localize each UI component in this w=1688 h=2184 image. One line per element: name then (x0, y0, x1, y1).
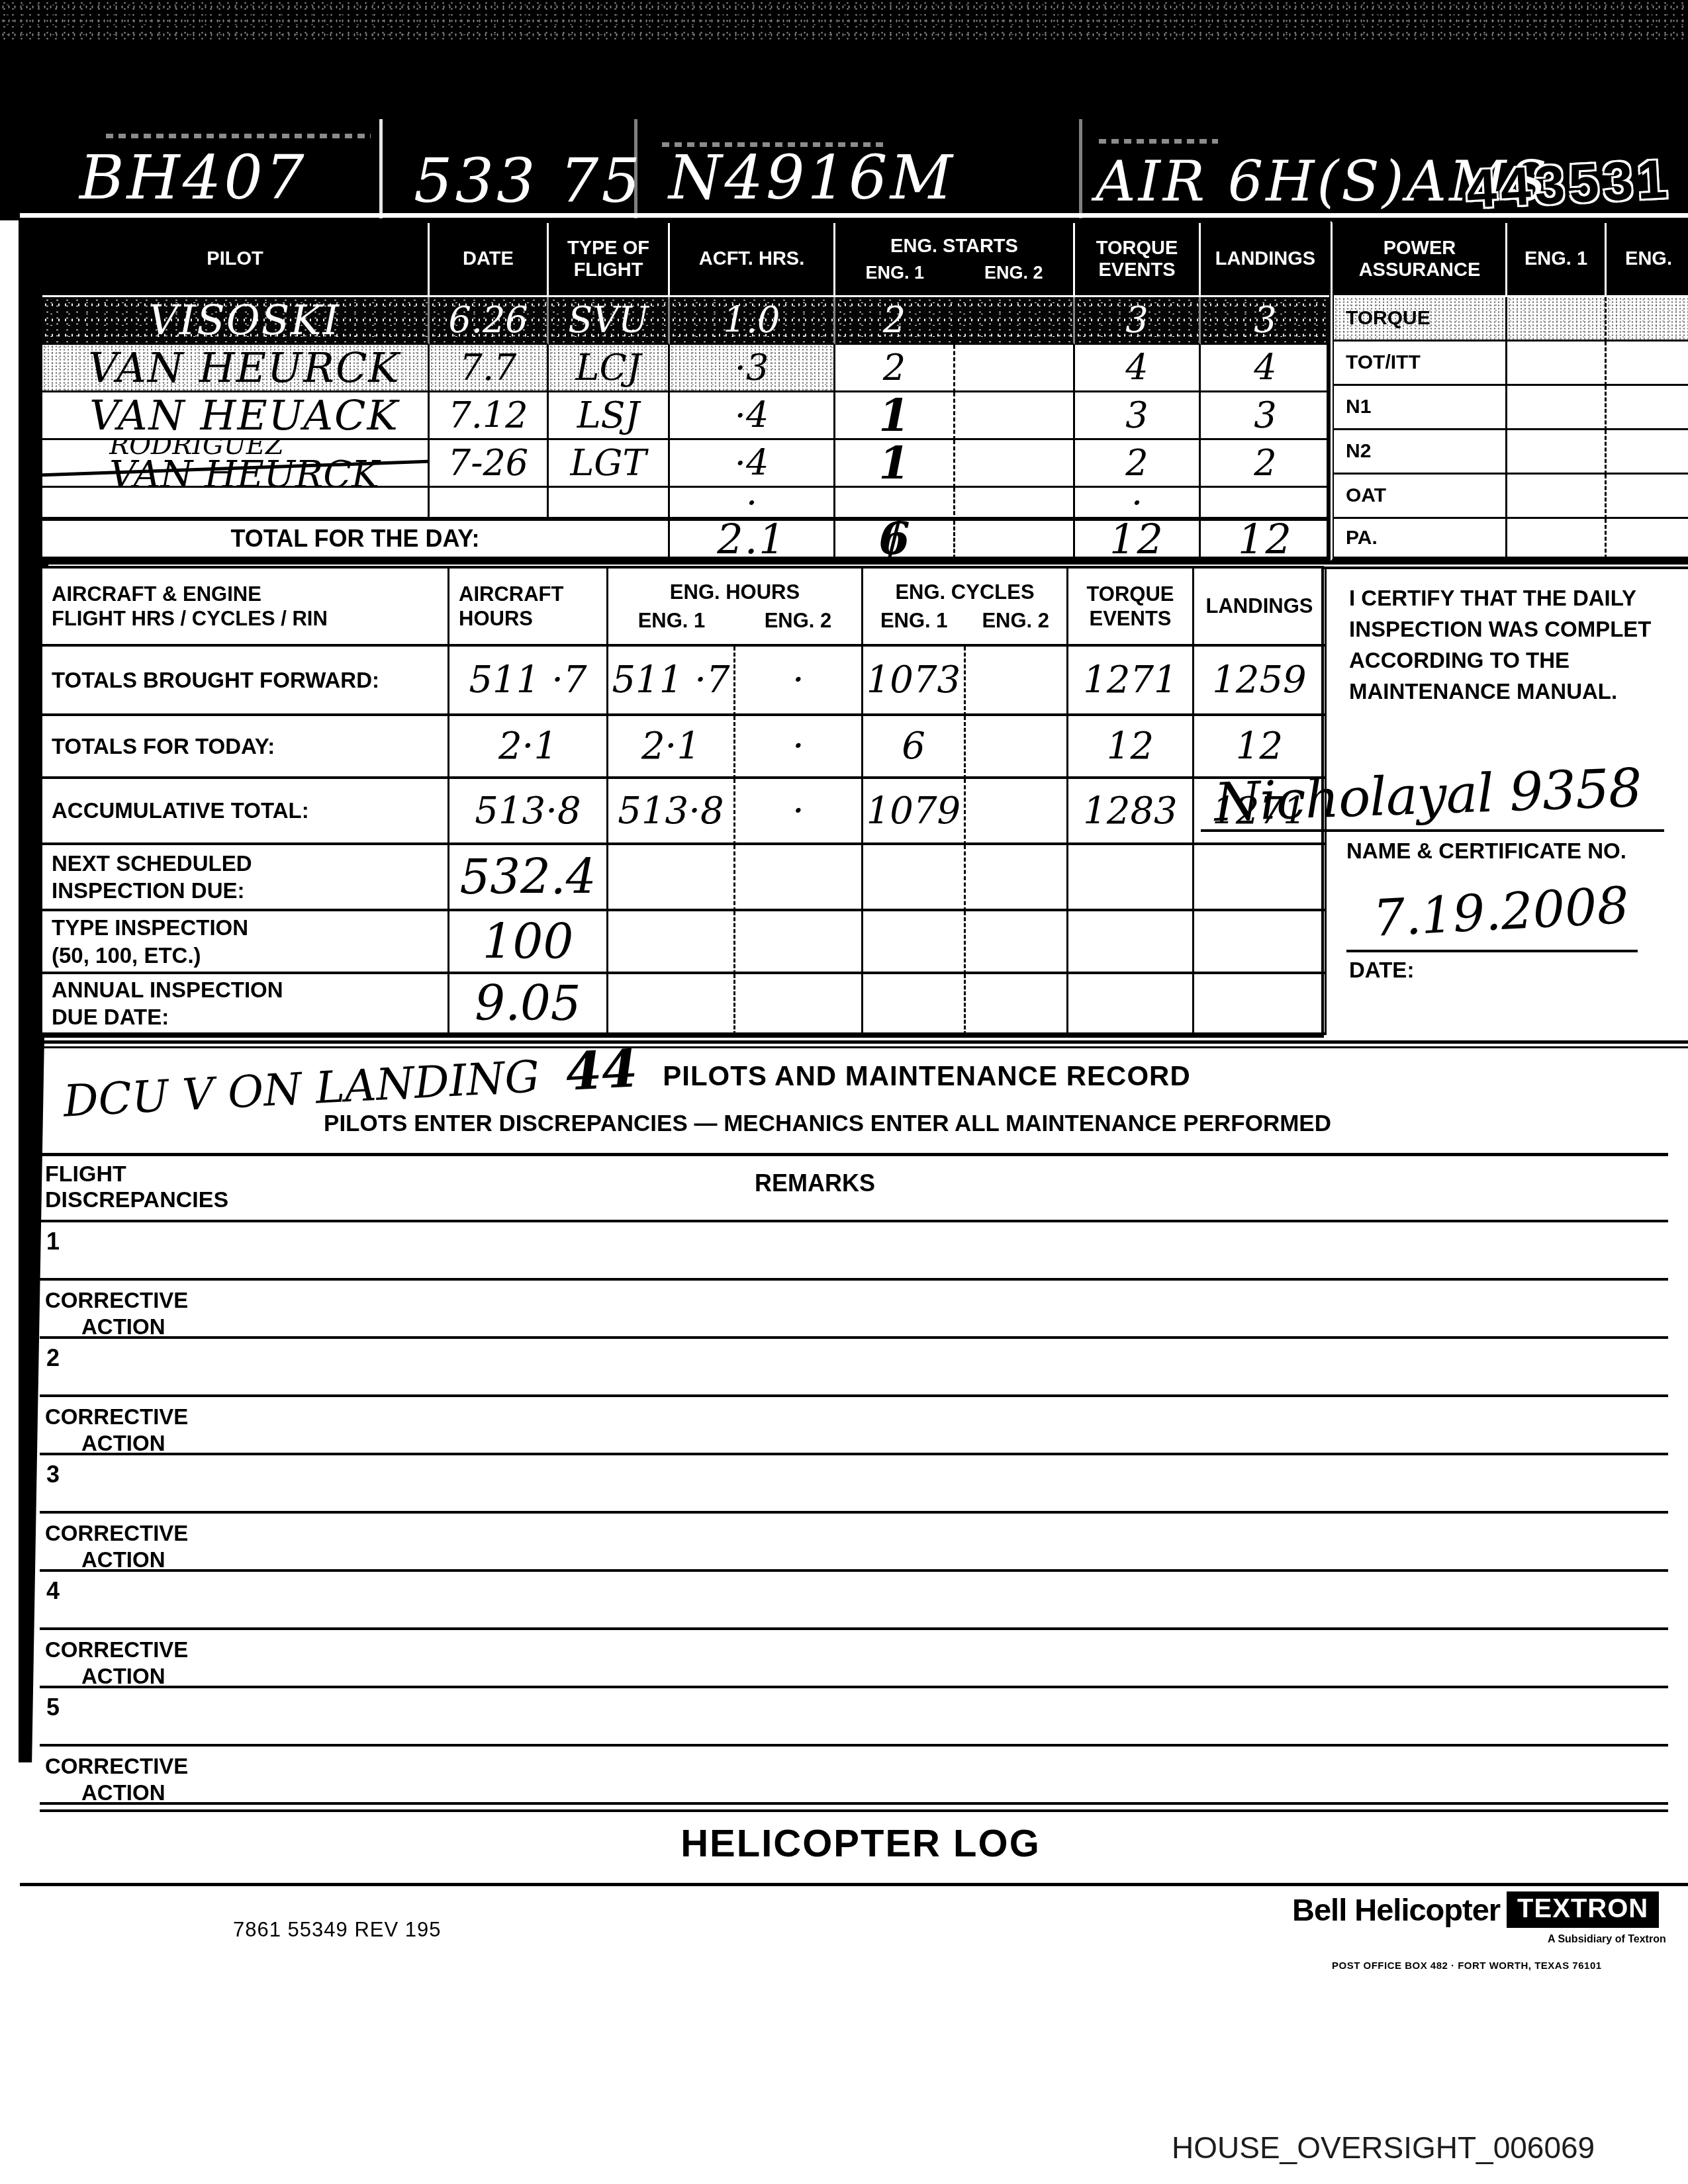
row-label: TYPE INSPECTION (50, 100, ETC.) (42, 911, 449, 974)
date-cell (430, 488, 549, 521)
eng2-starts-cell (955, 392, 1075, 440)
acft-hrs-column-header: ACFT. HRS. (670, 223, 835, 297)
pilot-header-label: PILOT (207, 248, 263, 269)
eng1-starts-cell: 1 (835, 440, 955, 488)
empty-cell (735, 845, 863, 911)
torque-events-cell: 4 (1075, 345, 1201, 392)
empty-cell (608, 911, 735, 974)
discrepancy-row: 2 (40, 1339, 1668, 1397)
date-line (1346, 950, 1638, 952)
row-number: 3 (46, 1461, 60, 1488)
rule (40, 1809, 1668, 1812)
eng1-hours-value: 2·1 (608, 716, 735, 779)
pa-oat-eng2-cell (1607, 475, 1688, 519)
landings-cell: 2 (1201, 440, 1332, 488)
type-of-flight-cell: LCJ (549, 345, 670, 392)
torque-events-cell: 3 (1075, 392, 1201, 440)
header-rule (20, 213, 1688, 218)
pilot-cell: VISOSKI (42, 297, 430, 345)
pa-oat-eng1-cell (1507, 475, 1607, 519)
landings-cell (1201, 488, 1332, 521)
eng2-hours-value: · (735, 779, 863, 845)
power-assurance-table: POWER ASSURANCE ENG. 1 ENG. TORQUE TOT/I… (1329, 220, 1688, 561)
empty-cell (735, 911, 863, 974)
empty-cell (1194, 845, 1327, 911)
date-cell: 6.26 (430, 297, 549, 345)
row-number: 4 (46, 1577, 60, 1605)
acft-hrs-cell: ·4 (670, 392, 835, 440)
aircraft-model-value: BH407 (79, 142, 306, 213)
maintenance-record-title: PILOTS AND MAINTENANCE RECORD (199, 1060, 1655, 1092)
type-of-flight-column-header: TYPE OF FLIGHT (549, 223, 670, 297)
torque-events-cell: 2 (1075, 440, 1201, 488)
pa-torque-eng2-cell (1607, 297, 1688, 341)
corrective-action-row: CORRECTIVEACTION (40, 1747, 1668, 1805)
corrective-action-row: CORRECTIVEACTION (40, 1630, 1668, 1688)
pilot-column-header: PILOT (42, 223, 430, 297)
empty-cell (735, 974, 863, 1035)
torque-events-value: 12 (1068, 716, 1194, 779)
pa-n2-eng1-cell (1507, 430, 1607, 475)
eng-cycles-column-header: ENG. CYCLES ENG. 1ENG. 2 (863, 569, 1068, 647)
bell-helicopter-logo: Bell Helicopter TEXTRON (1292, 1891, 1659, 1928)
row-label: NEXT SCHEDULED INSPECTION DUE: (42, 845, 449, 911)
pa-pa-eng1-cell (1507, 519, 1607, 559)
summary-label-column-header: AIRCRAFT & ENGINE FLIGHT HRS / CYCLES / … (42, 569, 449, 647)
faint-label (106, 134, 371, 138)
certification-date-value: 7.19.2008 (1372, 876, 1630, 948)
eng1-starts-cell: 2 (835, 297, 955, 345)
corrective-action-row: CORRECTIVEACTION (40, 1281, 1668, 1339)
total-eng1-starts: 6 (835, 521, 955, 559)
empty-cell (966, 845, 1068, 911)
pa-n1-eng1-cell (1507, 386, 1607, 430)
landings-value: 1259 (1194, 647, 1327, 716)
row-number: 5 (46, 1694, 60, 1721)
row-label: ACCUMULATIVE TOTAL: (42, 779, 449, 845)
acft-hrs-cell: · (670, 488, 835, 521)
eng-hours-column-header: ENG. HOURS ENG. 1ENG. 2 (608, 569, 863, 647)
pa-row-tot-itt: TOT/ITT (1334, 341, 1507, 386)
empty-cell (863, 845, 966, 911)
discrepancy-row: 1 (40, 1222, 1668, 1281)
eng1-cycles-value: 6 (863, 716, 966, 779)
landings-cell: 3 (1201, 392, 1332, 440)
acft-hrs-cell: ·3 (670, 345, 835, 392)
pa-eng2-header: ENG. (1607, 223, 1688, 297)
summary-landings-column-header: LANDINGS (1194, 569, 1327, 647)
remarks-label: REMARKS (755, 1169, 875, 1197)
torque-events-cell: · (1075, 488, 1201, 521)
pa-pa-eng2-cell (1607, 519, 1688, 559)
torque-events-column-header: TORQUE EVENTS (1075, 223, 1201, 297)
date-header-label: DATE (463, 248, 514, 269)
certification-text: I CERTIFY THAT THE DAILY INSPECTION WAS … (1349, 583, 1652, 707)
total-for-day-label: TOTAL FOR THE DAY: (42, 521, 670, 559)
pa-row-n1: N1 (1334, 386, 1507, 430)
header-cell-divider (379, 119, 383, 218)
pilot-cell: VAN HEUACK (42, 392, 430, 440)
total-acft-hrs: 2.1 (670, 521, 835, 559)
eng2-cycles-value (966, 647, 1068, 716)
name-certificate-label: NAME & CERTIFICATE NO. (1346, 839, 1626, 864)
eng2-starts-cell (955, 440, 1075, 488)
brand-name: Bell Helicopter (1292, 1891, 1500, 1928)
empty-cell (1194, 974, 1327, 1035)
type-inspection-value: 100 (449, 911, 608, 974)
maintenance-record-subtitle: PILOTS ENTER DISCREPANCIES — MECHANICS E… (66, 1111, 1589, 1137)
discrepancy-row: 5 (40, 1688, 1668, 1747)
header-cell-divider (1079, 119, 1082, 218)
struck-total-value: 6 (878, 521, 910, 559)
rule (20, 1883, 1688, 1886)
landings-cell: 3 (1201, 297, 1332, 345)
date-cell: 7-26 (430, 440, 549, 488)
eng1-hours-value: 513·8 (608, 779, 735, 845)
type-of-flight-cell: SVU (549, 297, 670, 345)
type-of-flight-cell: LGT (549, 440, 670, 488)
empty-cell (1068, 974, 1194, 1035)
empty-cell (608, 845, 735, 911)
daily-inspection-certification: I CERTIFY THAT THE DAILY INSPECTION WAS … (1327, 566, 1688, 1038)
pa-eng1-header: ENG. 1 (1507, 223, 1607, 297)
pa-row-n2: N2 (1334, 430, 1507, 475)
row-number: 2 (46, 1344, 60, 1372)
eng2-starts-cell (955, 345, 1075, 392)
pilot-name: VAN HEURCK (109, 457, 379, 488)
eng2-subheader: ENG. 2 (984, 263, 1043, 283)
eng1-subheader: ENG. 1 (865, 263, 924, 283)
type-of-flight-cell: LSJ (549, 392, 670, 440)
landings-cell: 4 (1201, 345, 1332, 392)
registration-number-value: N4916M (669, 142, 955, 213)
serial-number-value: 533 75 (414, 146, 643, 216)
eng2-cycles-value (966, 716, 1068, 779)
company-address: POST OFFICE BOX 482 · FORT WORTH, TEXAS … (1332, 1960, 1602, 1972)
scan-grain (0, 0, 1688, 40)
totals-summary-table: AIRCRAFT & ENGINE FLIGHT HRS / CYCLES / … (40, 566, 1324, 1038)
empty-cell (863, 974, 966, 1035)
discrepancies-header-row: FLIGHT DISCREPANCIES REMARKS (40, 1156, 1668, 1222)
date-cell: 7.7 (430, 345, 549, 392)
total-torque-events: 12 (1075, 521, 1201, 559)
acft-hrs-cell: 1.0 (670, 297, 835, 345)
faint-label (1099, 139, 1218, 144)
double-rule (20, 1040, 1688, 1048)
pilot-cell: RODRIGUEZ VAN HEURCK (42, 440, 430, 488)
row-label: TOTALS FOR TODAY: (42, 716, 449, 779)
discrepancy-row: 4 (40, 1572, 1668, 1630)
eng2-cycles-value (966, 779, 1068, 845)
empty-cell (1068, 845, 1194, 911)
total-landings: 12 (1201, 521, 1332, 559)
empty-cell (1068, 911, 1194, 974)
stamp-number: 443531 (1465, 148, 1673, 221)
scan-noise-band: BH407 533 75 N4916M AIR 6H(S)AMS 443531 (0, 0, 1688, 220)
total-eng2-starts (955, 521, 1075, 559)
pa-tot-eng1-cell (1507, 341, 1607, 386)
form-title: HELICOPTER LOG (199, 1821, 1523, 1866)
torque-events-value: 1283 (1068, 779, 1194, 845)
next-inspection-value: 532.4 (449, 845, 608, 911)
empty-cell (1194, 911, 1327, 974)
brand-subsidiary-line: A Subsidiary of Textron (1548, 1934, 1666, 1946)
date-cell: 7.12 (430, 392, 549, 440)
landings-column-header: LANDINGS (1201, 223, 1332, 297)
pa-row-oat: OAT (1334, 475, 1507, 519)
date-label: DATE: (1349, 958, 1414, 983)
eng1-starts-cell: 1 (835, 392, 955, 440)
document-control-number: HOUSE_OVERSIGHT_006069 (1172, 2130, 1595, 2165)
eng-starts-column-header: ENG. STARTS ENG. 1ENG. 2 (835, 223, 1075, 297)
pa-n1-eng2-cell (1607, 386, 1688, 430)
eng2-starts-cell (955, 297, 1075, 345)
form-number: 7861 55349 REV 195 (233, 1918, 441, 1942)
summary-torque-column-header: TORQUE EVENTS (1068, 569, 1194, 647)
date-column-header: DATE (430, 223, 549, 297)
annual-inspection-value: 9.05 (449, 974, 608, 1035)
discrepancies-table: FLIGHT DISCREPANCIES REMARKS 1 CORRECTIV… (40, 1153, 1668, 1805)
aircraft-hours-value: 511 ·7 (449, 647, 608, 716)
pa-row-pa: PA. (1334, 519, 1507, 559)
pa-torque-eng1-cell (1507, 297, 1607, 341)
eng1-hours-value: 511 ·7 (608, 647, 735, 716)
empty-cell (966, 911, 1068, 974)
discrepancy-row: 3 (40, 1455, 1668, 1514)
pa-row-torque: TORQUE (1334, 297, 1507, 341)
row-number: 1 (46, 1228, 60, 1255)
pilot-cell (42, 488, 430, 521)
row-label: TOTALS BROUGHT FORWARD: (42, 647, 449, 716)
eng2-hours-value: · (735, 716, 863, 779)
flight-log-table: PILOT DATE TYPE OF FLIGHT ACFT. HRS. ENG… (40, 220, 1329, 561)
eng1-cycles-value: 1073 (863, 647, 966, 716)
eng2-hours-value: · (735, 647, 863, 716)
aircraft-hours-column-header: AIRCRAFT HOURS (449, 569, 608, 647)
acft-hrs-cell: ·4 (670, 440, 835, 488)
empty-cell (608, 974, 735, 1035)
empty-cell (966, 974, 1068, 1035)
type-of-flight-cell (549, 488, 670, 521)
eng1-cycles-value: 1079 (863, 779, 966, 845)
eng1-starts-cell: 2 (835, 345, 955, 392)
eng2-starts-cell (955, 488, 1075, 521)
empty-cell (863, 911, 966, 974)
flight-discrepancies-label: FLIGHT DISCREPANCIES (45, 1161, 228, 1213)
eng1-starts-cell (835, 488, 955, 521)
power-assurance-header: POWER ASSURANCE (1334, 223, 1507, 297)
torque-events-cell: 3 (1075, 297, 1201, 345)
aircraft-hours-value: 513·8 (449, 779, 608, 845)
pilot-cell: VAN HEURCK (42, 345, 430, 392)
row-label: ANNUAL INSPECTION DUE DATE: (42, 974, 449, 1035)
torque-events-value: 1271 (1068, 647, 1194, 716)
pa-tot-eng2-cell (1607, 341, 1688, 386)
corrective-action-row: CORRECTIVEACTION (40, 1397, 1668, 1455)
corrective-action-row: CORRECTIVEACTION (40, 1514, 1668, 1572)
pa-n2-eng2-cell (1607, 430, 1688, 475)
signature-line (1201, 829, 1664, 832)
textron-box-logo: TEXTRON (1507, 1891, 1659, 1928)
aircraft-hours-value: 2·1 (449, 716, 608, 779)
